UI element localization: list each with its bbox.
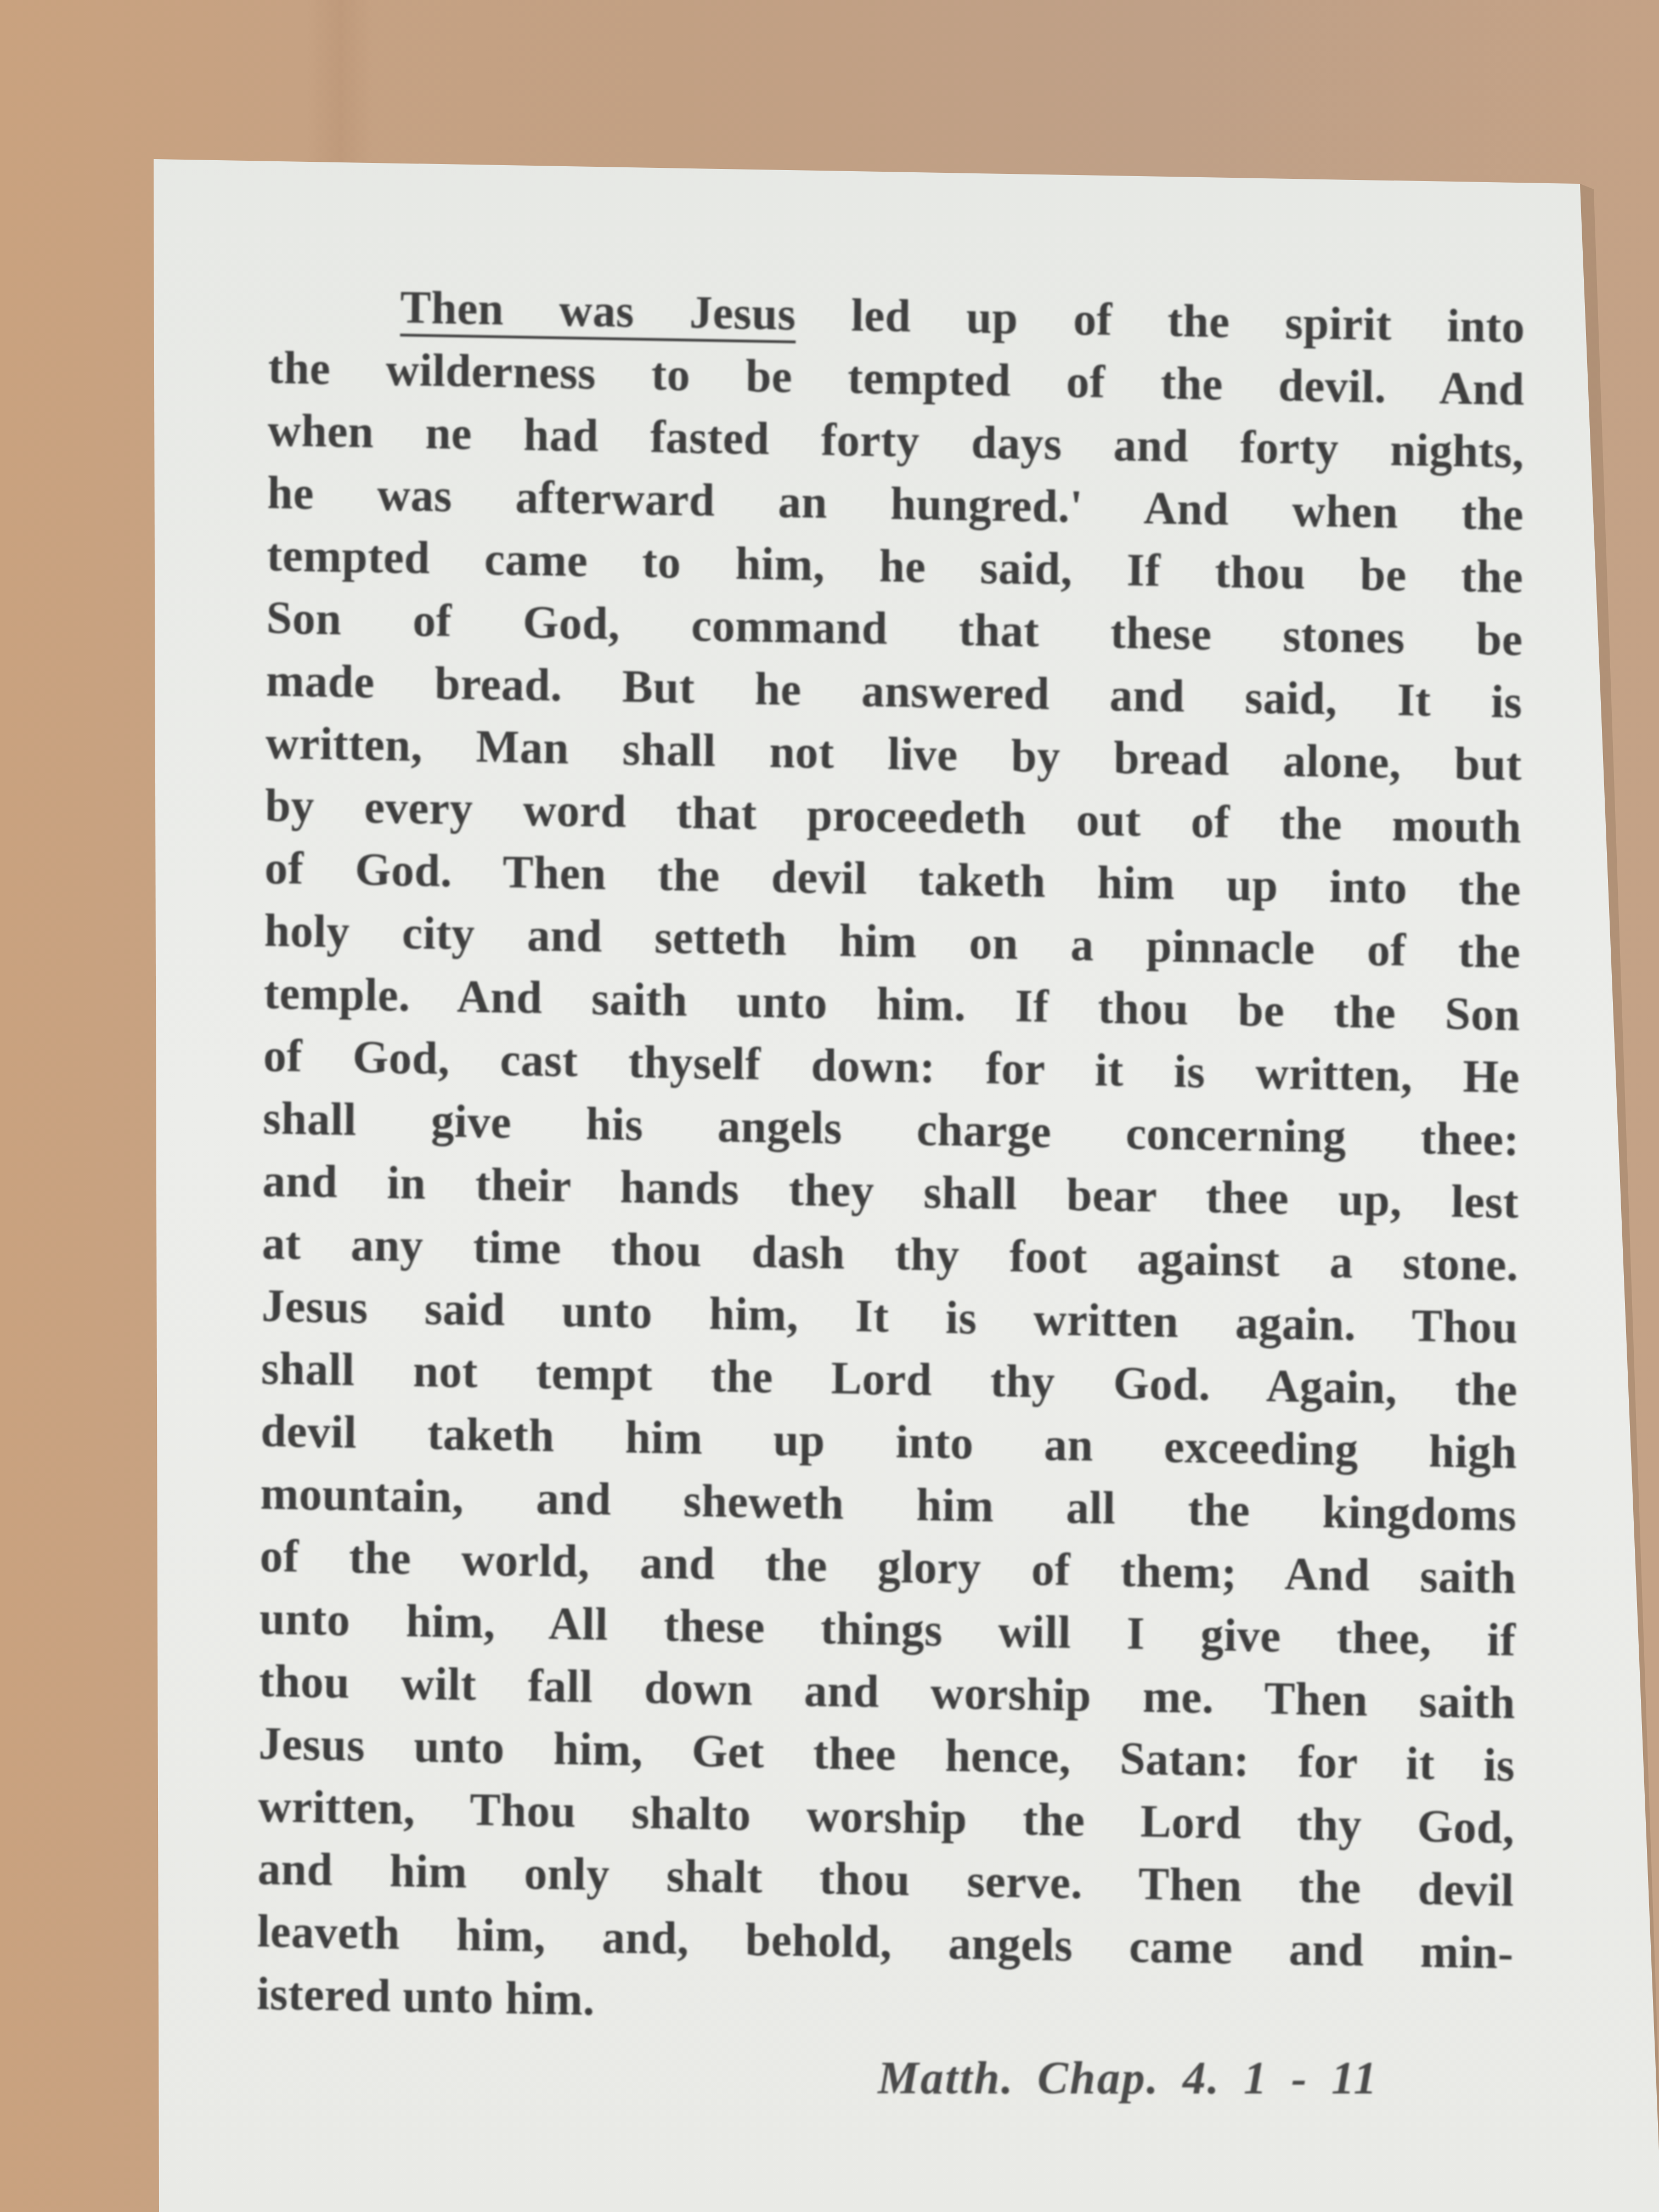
background-fold-shadow <box>307 0 373 176</box>
text-line-1-rest: led up of the spirit into <box>795 289 1525 353</box>
scripture-text: Then was Jesus led up of the spirit into… <box>257 274 1525 2047</box>
scripture-citation: Matth. Chap. 4. 1 - 11 <box>878 2052 1378 2105</box>
underlined-opening: Then was Jesus <box>400 282 796 340</box>
